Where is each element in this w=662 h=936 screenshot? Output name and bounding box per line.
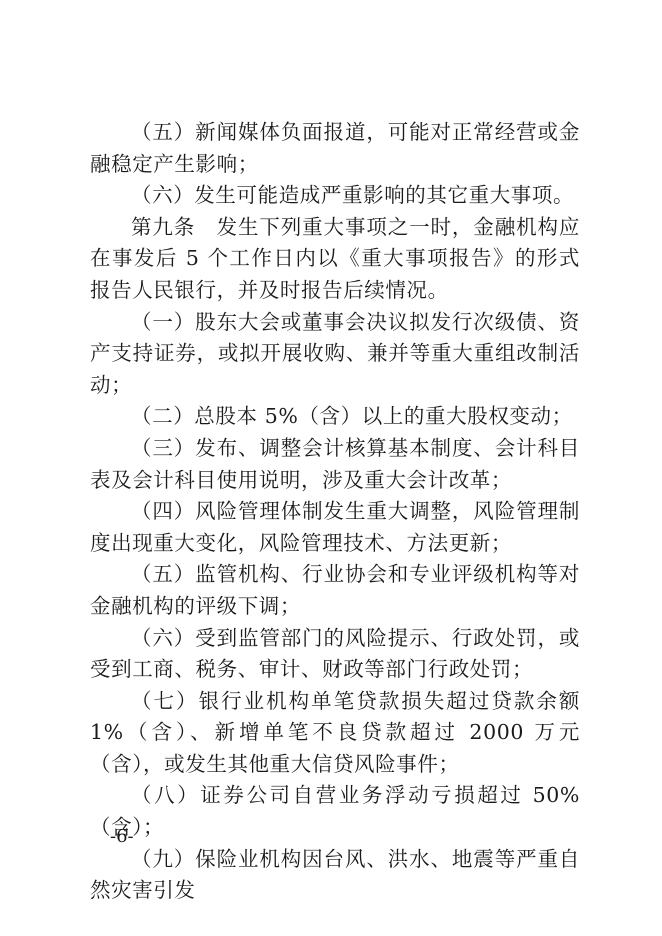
- paragraph-item-7-loan-loss: （七）银行业机构单笔贷款损失超过贷款余额 1%（含）、新增单笔不良贷款超过 20…: [90, 686, 580, 781]
- document-page: （五）新闻媒体负面报道，可能对正常经营或金融稳定产生影响； （六）发生可能造成严…: [0, 0, 662, 936]
- paragraph-article-9: 第九条 发生下列重大事项之一时，金融机构应在事发后 5 个工作日内以《重大事项报…: [90, 212, 580, 307]
- paragraph-item-8-securities-loss: （八）证券公司自营业务浮动亏损超过 50%（含）；: [90, 780, 580, 843]
- page-number: -6-: [110, 826, 134, 847]
- paragraph-item-1-shareholders: （一）股东大会或董事会决议拟发行次级债、资产支持证券，或拟开展收购、兼并等重大重…: [90, 307, 580, 402]
- paragraph-item-6-penalty: （六）受到监管部门的风险提示、行政处罚，或受到工商、税务、审计、财政等部门行政处…: [90, 623, 580, 686]
- paragraph-item-3-accounting: （三）发布、调整会计核算基本制度、会计科目表及会计科目使用说明，涉及重大会计改革…: [90, 433, 580, 496]
- paragraph-item-5-media: （五）新闻媒体负面报道，可能对正常经营或金融稳定产生影响；: [90, 117, 580, 180]
- paragraph-item-9-insurance: （九）保险业机构因台风、洪水、地震等严重自然灾害引发: [90, 844, 580, 907]
- document-body: （五）新闻媒体负面报道，可能对正常经营或金融稳定产生影响； （六）发生可能造成严…: [90, 117, 580, 907]
- paragraph-item-2-equity: （二）总股本 5%（含）以上的重大股权变动；: [90, 401, 580, 433]
- paragraph-item-4-risk-management: （四）风险管理体制发生重大调整，风险管理制度出现重大变化，风险管理技术、方法更新…: [90, 496, 580, 559]
- paragraph-item-6-other: （六）发生可能造成严重影响的其它重大事项。: [90, 180, 580, 212]
- paragraph-item-5-rating: （五）监管机构、行业协会和专业评级机构等对金融机构的评级下调；: [90, 559, 580, 622]
